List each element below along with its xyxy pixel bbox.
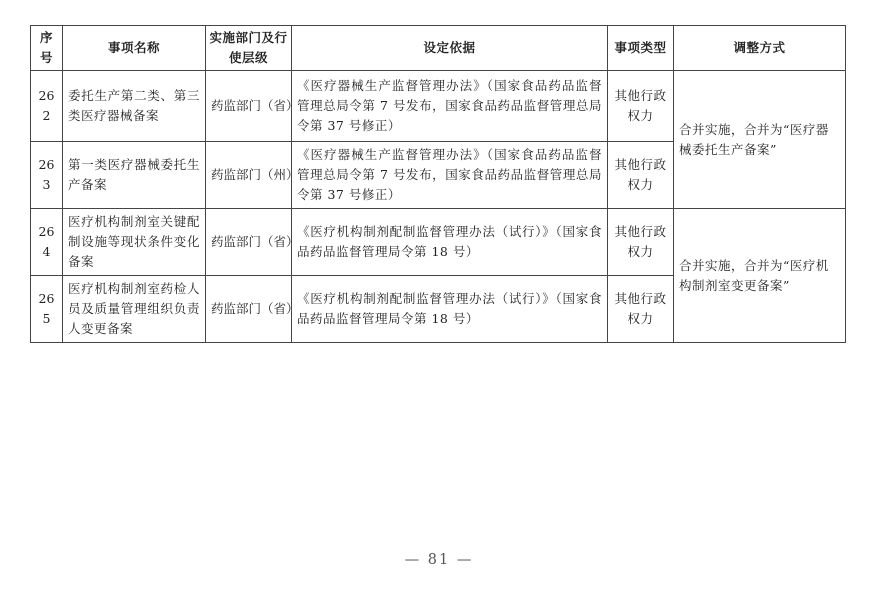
table-header-row: 序号 事项名称 实施部门及行使层级 设定依据 事项类型 调整方式 <box>31 26 846 71</box>
cell-adjustment-merged: 合并实施，合并为“医疗器械委托生产备案” <box>674 71 846 209</box>
cell-item-name: 医疗机构制剂室关键配制设施等现状条件变化备案 <box>63 209 206 276</box>
header-implementing-department: 实施部门及行使层级 <box>206 26 292 71</box>
cell-department: 药监部门（省） <box>206 276 292 343</box>
cell-item-name: 委托生产第二类、第三类医疗器械备案 <box>63 71 206 142</box>
page-number: — 81 — <box>0 552 878 568</box>
document-page: 序号 事项名称 实施部门及行使层级 设定依据 事项类型 调整方式 262 委托生… <box>0 0 878 600</box>
cell-serial-number: 262 <box>31 71 63 142</box>
table-row: 264 医疗机构制剂室关键配制设施等现状条件变化备案 药监部门（省） 《医疗机构… <box>31 209 846 276</box>
cell-setting-basis: 《医疗器械生产监督管理办法》（国家食品药品监督管理总局令第 7 号发布，国家食品… <box>292 71 608 142</box>
cell-item-type: 其他行政权力 <box>608 276 674 343</box>
cell-item-type: 其他行政权力 <box>608 142 674 209</box>
cell-item-name: 医疗机构制剂室药检人员及质量管理组织负责人变更备案 <box>63 276 206 343</box>
cell-adjustment-merged: 合并实施，合并为“医疗机构制剂室变更备案” <box>674 209 846 343</box>
header-adjustment-method: 调整方式 <box>674 26 846 71</box>
cell-serial-number: 263 <box>31 142 63 209</box>
cell-department: 药监部门（省） <box>206 71 292 142</box>
header-item-name: 事项名称 <box>63 26 206 71</box>
cell-serial-number: 264 <box>31 209 63 276</box>
header-item-type: 事项类型 <box>608 26 674 71</box>
header-setting-basis: 设定依据 <box>292 26 608 71</box>
items-table: 序号 事项名称 实施部门及行使层级 设定依据 事项类型 调整方式 262 委托生… <box>30 25 846 343</box>
cell-setting-basis: 《医疗机构制剂配制监督管理办法（试行）》（国家食品药品监督管理局令第 18 号） <box>292 276 608 343</box>
cell-item-type: 其他行政权力 <box>608 71 674 142</box>
cell-item-name: 第一类医疗器械委托生产备案 <box>63 142 206 209</box>
header-serial-number: 序号 <box>31 26 63 71</box>
cell-setting-basis: 《医疗机构制剂配制监督管理办法（试行）》（国家食品药品监督管理局令第 18 号） <box>292 209 608 276</box>
table-row: 262 委托生产第二类、第三类医疗器械备案 药监部门（省） 《医疗器械生产监督管… <box>31 71 846 142</box>
cell-setting-basis: 《医疗器械生产监督管理办法》（国家食品药品监督管理总局令第 7 号发布，国家食品… <box>292 142 608 209</box>
cell-serial-number: 265 <box>31 276 63 343</box>
cell-department: 药监部门（州） <box>206 142 292 209</box>
cell-department: 药监部门（省） <box>206 209 292 276</box>
cell-item-type: 其他行政权力 <box>608 209 674 276</box>
